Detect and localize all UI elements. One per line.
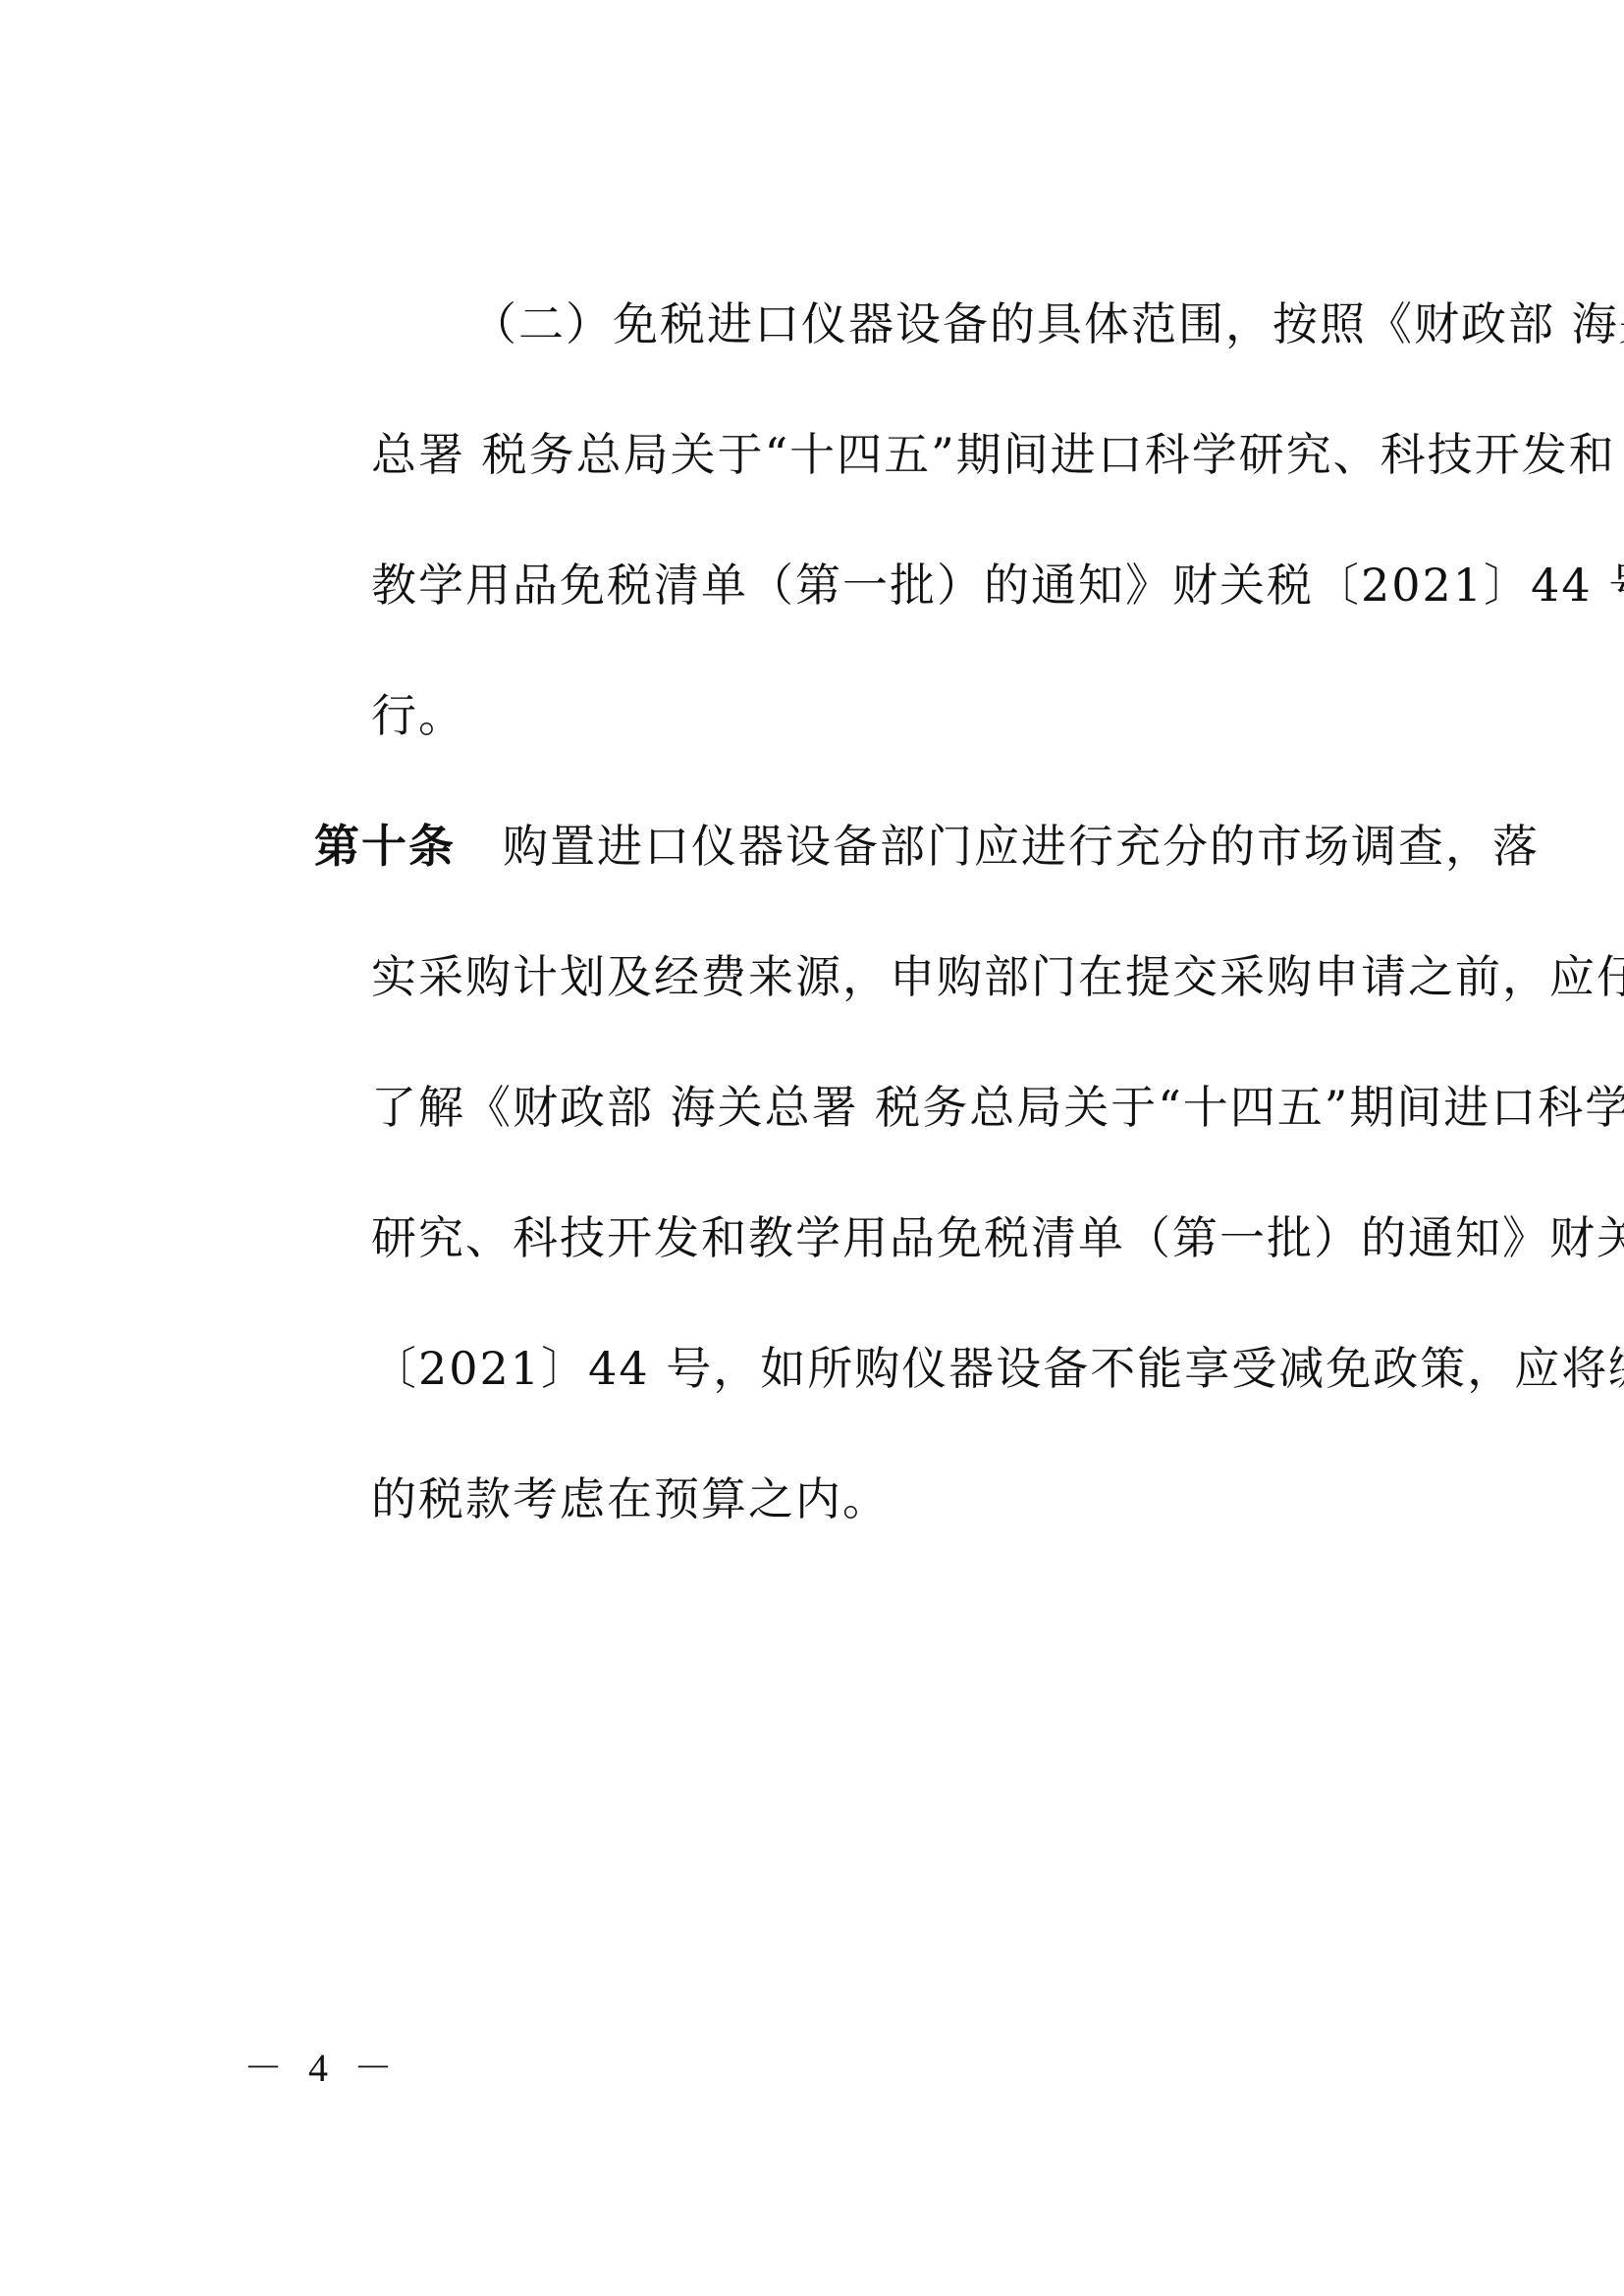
- text-line: 〔2021〕44 号，如所购仪器设备不能享受减免政策，应将缴纳: [371, 1339, 1436, 1398]
- text-line: （二）免税进口仪器设备的具体范围，按照《财政部 海关: [471, 294, 1436, 353]
- text-span: 购置进口仪器设备部门应进行充分的市场调查，落: [503, 820, 1540, 873]
- text-line: 实采购计划及经费来源，申购部门在提交采购申请之前，应仔细: [371, 947, 1436, 1006]
- text-line: 总署 税务总局关于“十四五”期间进口科学研究、科技开发和: [371, 425, 1436, 484]
- text-line: 教学用品免税清单（第一批）的通知》财关税〔2021〕44 号执: [371, 556, 1436, 614]
- article-label: 第十条: [314, 820, 456, 873]
- document-page: （二）免税进口仪器设备的具体范围，按照《财政部 海关 总署 税务总局关于“十四五…: [0, 0, 1624, 2296]
- article-10-first-line: 第十条 购置进口仪器设备部门应进行充分的市场调查，落: [314, 817, 1436, 876]
- text-line: 行。: [371, 686, 1436, 745]
- page-number: － 4 －: [244, 2044, 401, 2093]
- text-line: 研究、科技开发和教学用品免税清单（第一批）的通知》财关税: [371, 1208, 1436, 1267]
- text-line: 了解《财政部 海关总署 税务总局关于“十四五”期间进口科学: [371, 1078, 1436, 1137]
- text-line: 的税款考虑在预算之内。: [371, 1469, 1436, 1528]
